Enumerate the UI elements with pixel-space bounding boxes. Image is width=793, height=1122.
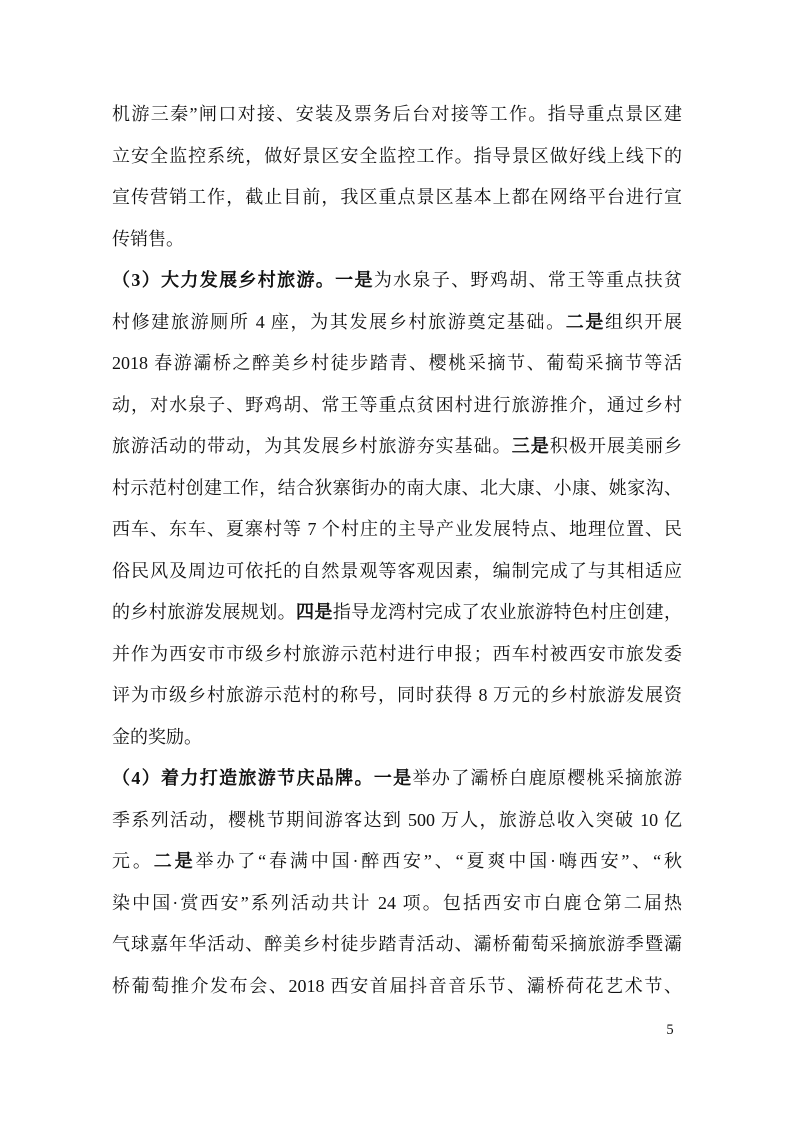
text-run: 举办了“春满中国·醉西安”、“夏爽中国·嗨西安”、“秋: [196, 851, 683, 871]
text-line: 动，对水泉子、野鸡胡、常王等重点贫困村进行旅游推介，通过乡村: [112, 385, 682, 427]
text-line: 元。二是举办了“春满中国·醉西安”、“夏爽中国·嗨西安”、“秋: [112, 841, 682, 883]
para-scenic-area-work: 机游三秦”闸口对接、安装及票务后台对接等工作。指导重点景区建立安全监控系统，做好…: [112, 94, 682, 260]
text-run: 传销售。: [112, 229, 184, 249]
text-line: 宣传营销工作，截止目前，我区重点景区基本上都在网络平台进行宣: [112, 177, 682, 219]
text-line: 评为市级乡村旅游示范村的称号，同时获得 8 万元的乡村旅游发展资: [112, 675, 682, 717]
text-line: 西车、东车、夏寨村等 7 个村庄的主导产业发展特点、地理位置、民: [112, 509, 682, 551]
text-run: 染中国·赏西安”系列活动共计 24 项。包括西安市白鹿仓第二届热: [112, 893, 682, 913]
text-line: 的乡村旅游发展规划。四是指导龙湾村完成了农业旅游特色村庄创建，: [112, 592, 682, 634]
text-line: 村示范村创建工作，结合狄寨街办的南大康、北大康、小康、姚家沟、: [112, 468, 682, 510]
text-run: 的乡村旅游发展规划。: [112, 602, 296, 622]
text-run: 并作为西安市市级乡村旅游示范村进行申报；西车村被西安市旅发委: [112, 644, 682, 664]
text-run: 立安全监控系统，做好景区安全监控工作。指导景区做好线上线下的: [112, 146, 682, 166]
text-run: 为水泉子、野鸡胡、常王等重点扶贫: [374, 270, 682, 290]
text-run: 西车、东车、夏寨村等 7 个村庄的主导产业发展特点、地理位置、民: [112, 519, 682, 539]
text-line: 染中国·赏西安”系列活动共计 24 项。包括西安市白鹿仓第二届热: [112, 883, 682, 925]
text-line: 金的奖励。: [112, 717, 682, 759]
text-run: 2018 春游灞桥之醉美乡村徒步踏青、樱桃采摘节、葡萄采摘节等活: [112, 353, 682, 373]
bold-run: 二是: [154, 851, 196, 871]
bold-run: 四是: [296, 602, 333, 622]
text-run: 宣传营销工作，截止目前，我区重点景区基本上都在网络平台进行宣: [112, 187, 682, 207]
text-line: （3）大力发展乡村旅游。一是为水泉子、野鸡胡、常王等重点扶贫: [112, 260, 682, 302]
para-festival-brand: （4）着力打造旅游节庆品牌。一是举办了灞桥白鹿原樱桃采摘旅游季系列活动，樱桃节期…: [112, 758, 682, 1007]
text-run: 旅游活动的带动，为其发展乡村旅游夯实基础。: [112, 436, 512, 456]
text-run: 动，对水泉子、野鸡胡、常王等重点贫困村进行旅游推介，通过乡村: [112, 395, 682, 415]
bold-run: （4）着力打造旅游节庆品牌。一是: [112, 768, 413, 788]
text-line: 并作为西安市市级乡村旅游示范村进行申报；西车村被西安市旅发委: [112, 634, 682, 676]
text-run: 俗民风及周边可依托的自然景观等客观因素，编制完成了与其相适应: [112, 561, 682, 581]
text-run: 元。: [112, 851, 154, 871]
text-line: 立安全监控系统，做好景区安全监控工作。指导景区做好线上线下的: [112, 136, 682, 178]
text-line: 桥葡萄推介发布会、2018 西安首届抖音音乐节、灞桥荷花艺术节、: [112, 966, 682, 1008]
text-line: 旅游活动的带动，为其发展乡村旅游夯实基础。三是积极开展美丽乡: [112, 426, 682, 468]
text-run: 指导龙湾村完成了农业旅游特色村庄创建，: [333, 602, 682, 622]
bold-run: （3）大力发展乡村旅游。一是: [112, 270, 374, 290]
text-run: 评为市级乡村旅游示范村的称号，同时获得 8 万元的乡村旅游发展资: [112, 685, 682, 705]
text-run: 金的奖励。: [112, 727, 202, 747]
text-line: 机游三秦”闸口对接、安装及票务后台对接等工作。指导重点景区建: [112, 94, 682, 136]
bold-run: 三是: [512, 436, 550, 456]
bold-run: 二是: [566, 312, 605, 332]
text-run: 举办了灞桥白鹿原樱桃采摘旅游: [413, 768, 682, 788]
text-run: 桥葡萄推介发布会、2018 西安首届抖音音乐节、灞桥荷花艺术节、: [112, 976, 682, 996]
document-body: 机游三秦”闸口对接、安装及票务后台对接等工作。指导重点景区建立安全监控系统，做好…: [112, 94, 682, 1007]
text-run: 积极开展美丽乡: [550, 436, 682, 456]
document-page: 机游三秦”闸口对接、安装及票务后台对接等工作。指导重点景区建立安全监控系统，做好…: [0, 0, 793, 1122]
text-line: 传销售。: [112, 219, 682, 261]
text-run: 村示范村创建工作，结合狄寨街办的南大康、北大康、小康、姚家沟、: [112, 478, 682, 498]
page-number: 5: [655, 1020, 685, 1040]
text-run: 气球嘉年华活动、醉美乡村徒步踏青活动、灞桥葡萄采摘旅游季暨灞: [112, 934, 682, 954]
text-run: 季系列活动，樱桃节期间游客达到 500 万人，旅游总收入突破 10 亿: [112, 810, 682, 830]
text-line: 俗民风及周边可依托的自然景观等客观因素，编制完成了与其相适应: [112, 551, 682, 593]
text-line: 季系列活动，樱桃节期间游客达到 500 万人，旅游总收入突破 10 亿: [112, 800, 682, 842]
text-run: 组织开展: [605, 312, 682, 332]
text-line: 村修建旅游厕所 4 座，为其发展乡村旅游奠定基础。二是组织开展: [112, 302, 682, 344]
text-line: （4）着力打造旅游节庆品牌。一是举办了灞桥白鹿原樱桃采摘旅游: [112, 758, 682, 800]
text-line: 2018 春游灞桥之醉美乡村徒步踏青、樱桃采摘节、葡萄采摘节等活: [112, 343, 682, 385]
text-run: 村修建旅游厕所 4 座，为其发展乡村旅游奠定基础。: [112, 312, 566, 332]
para-rural-tourism: （3）大力发展乡村旅游。一是为水泉子、野鸡胡、常王等重点扶贫村修建旅游厕所 4 …: [112, 260, 682, 758]
text-line: 气球嘉年华活动、醉美乡村徒步踏青活动、灞桥葡萄采摘旅游季暨灞: [112, 924, 682, 966]
text-run: 机游三秦”闸口对接、安装及票务后台对接等工作。指导重点景区建: [112, 104, 682, 124]
